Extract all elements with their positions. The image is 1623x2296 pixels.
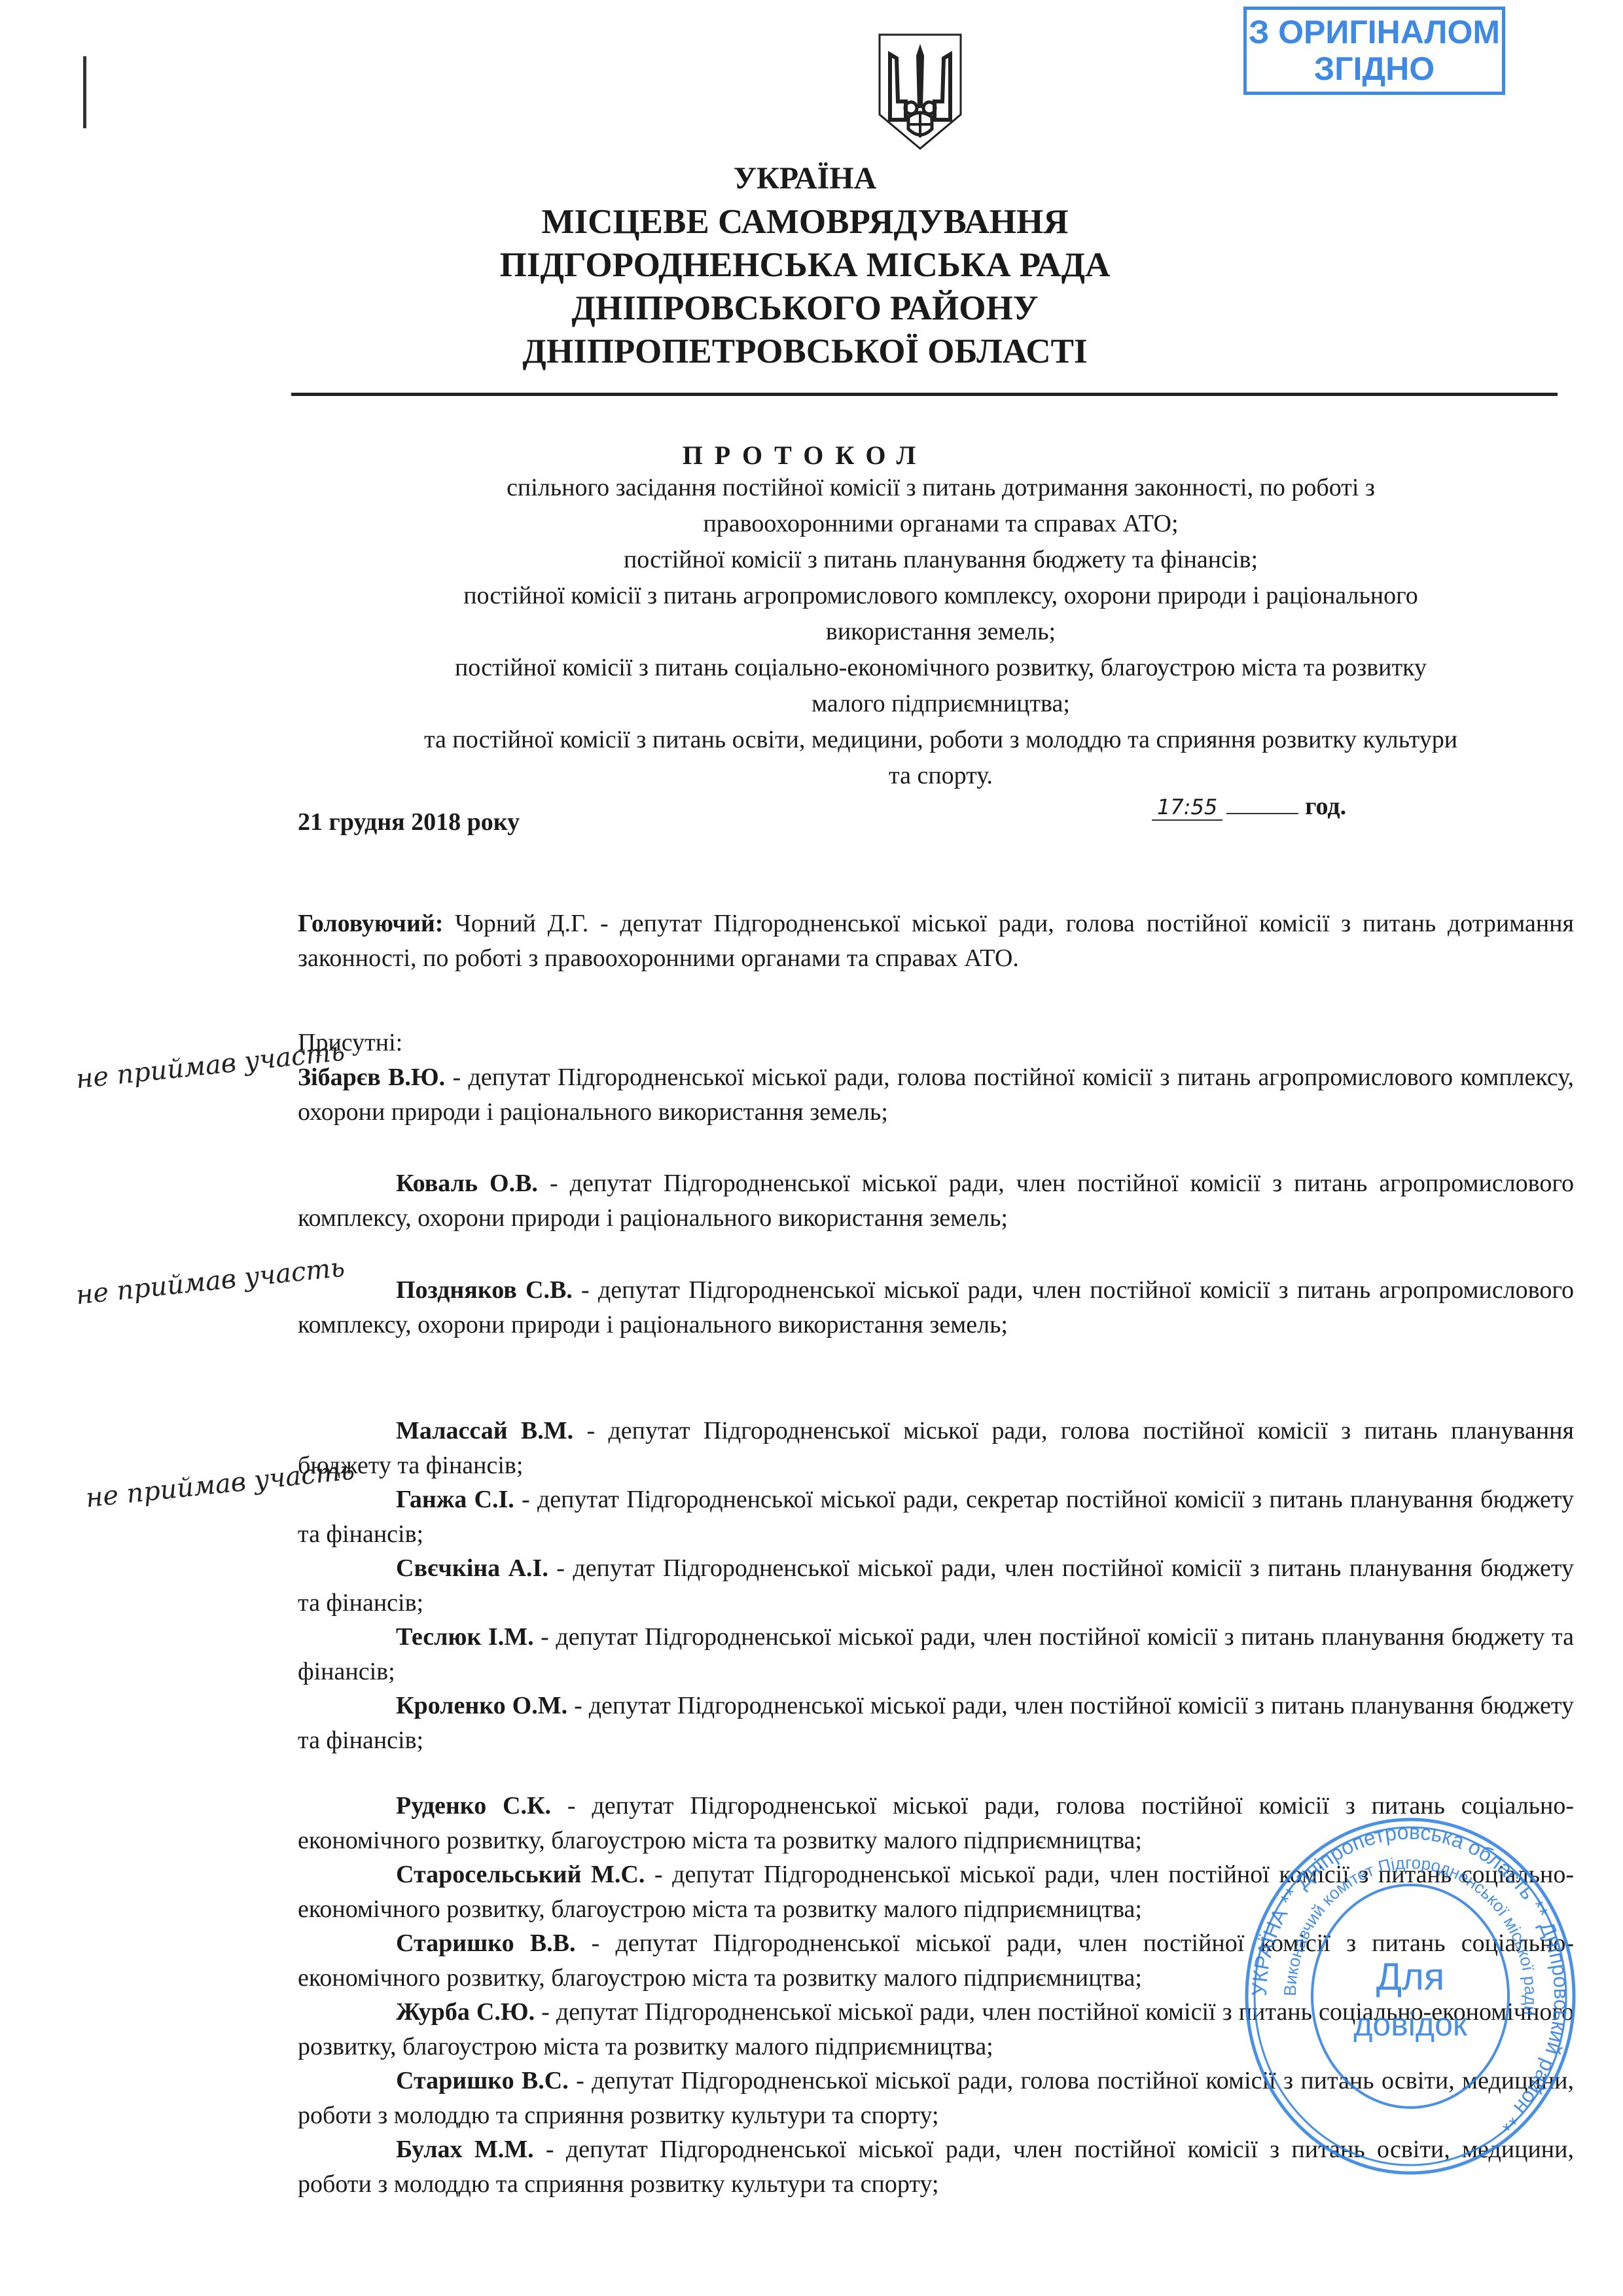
meeting-time: 17:55год. [1152, 792, 1346, 821]
member-name: Коваль О.В. [396, 1170, 538, 1197]
member-entry: Ганжа С.І. - депутат Підгородненської мі… [298, 1482, 1574, 1552]
header-line-4: ДНІПРОВСЬКОГО РАЙОНУ [288, 287, 1322, 330]
chair-text: Чорний Д.Г. - депутат Підгородненської м… [298, 910, 1574, 972]
subtitle-line: правоохоронними органами та справах АТО; [288, 506, 1594, 542]
stamp-line-1: З ОРИГІНАЛОМ [1247, 14, 1502, 50]
subtitle-line: постійної комісії з питань соціально-еко… [288, 650, 1594, 686]
seal-center-line-2: довідок [1353, 2006, 1468, 2043]
member-name: Руденко С.К. [396, 1792, 551, 1820]
member-name: Старосельський М.С. [396, 1861, 645, 1888]
member-name: Журба С.Ю. [396, 1998, 535, 2026]
subtitle-line: використання земель; [288, 614, 1594, 650]
member-name: Булах М.М. [396, 2136, 534, 2163]
time-blank [1226, 813, 1298, 814]
header-divider [291, 393, 1558, 396]
chair-label: Головуючий: [298, 910, 443, 937]
header-country: УКРАЇНА [288, 157, 1322, 200]
seal-center-line-1: Для [1376, 1956, 1445, 1998]
member-name: Старишко В.В. [396, 1929, 575, 1957]
member-name: Поздняков С.В. [396, 1276, 573, 1304]
subtitle-line: малого підприємництва; [288, 686, 1594, 722]
document-header: УКРАЇНА МІСЦЕВЕ САМОВРЯДУВАННЯ ПІДГОРОДН… [288, 157, 1322, 373]
subtitle-line: та спорту. [288, 758, 1594, 794]
present-label: Присутні: [298, 1026, 1574, 1060]
header-line-5: ДНІПРОПЕТРОВСЬКОЇ ОБЛАСТІ [288, 330, 1322, 373]
member-entry: Коваль О.В. - депутат Підгородненської м… [298, 1166, 1574, 1236]
member-name: Теслюк І.М. [396, 1623, 534, 1651]
member-name: Кроленко О.М. [396, 1692, 567, 1719]
protocol-title: ПРОТОКОЛ [288, 440, 1322, 471]
member-name: Свєчкіна А.І. [396, 1554, 548, 1582]
member-name: Малассай В.М. [396, 1417, 573, 1444]
member-entry: Малассай В.М. - депутат Підгородненської… [298, 1414, 1574, 1483]
member-entry: Зібарєв В.Ю. - депутат Підгородненської … [298, 1060, 1574, 1130]
member-role: - депутат Підгородненської міської ради,… [298, 1064, 1574, 1126]
member-entry: Кроленко О.М. - депутат Підгородненської… [298, 1689, 1574, 1758]
meeting-date: 21 грудня 2018 року [298, 808, 520, 836]
member-name: Зібарєв В.Ю. [298, 1064, 445, 1091]
member-entry: Теслюк І.М. - депутат Підгородненської м… [298, 1620, 1574, 1689]
stamp-line-2: ЗГІДНО [1247, 50, 1502, 87]
subtitle-line: спільного засідання постійної комісії з … [288, 470, 1594, 506]
header-line-2: МІСЦЕВЕ САМОВРЯДУВАННЯ [288, 200, 1322, 243]
header-line-3: ПІДГОРОДНЕНСЬКА МІСЬКА РАДА [288, 243, 1322, 287]
chair-paragraph: Головуючий: Чорний Д.Г. - депутат Підгор… [298, 906, 1574, 976]
subtitle-line: та постійної комісії з питань освіти, ме… [288, 722, 1594, 758]
member-entry: Свєчкіна А.І. - депутат Підгородненської… [298, 1551, 1574, 1621]
official-round-seal: УКРАЇНА ** Дніпропетровська область ** Д… [1240, 1813, 1580, 2179]
subtitle-line: постійної комісії з питань агропромислов… [288, 578, 1594, 614]
trident-icon [874, 29, 966, 154]
protocol-subtitle: спільного засідання постійної комісії з … [288, 470, 1594, 794]
margin-pen-mark [83, 56, 86, 128]
member-name: Ганжа С.І. [396, 1486, 514, 1513]
member-name: Старишко В.С. [396, 2067, 569, 2094]
member-entry: Поздняков С.В. - депутат Підгородненсько… [298, 1273, 1574, 1342]
handwritten-time: 17:55 [1152, 795, 1222, 821]
time-suffix: год. [1305, 793, 1346, 820]
certified-copy-stamp: З ОРИГІНАЛОМ ЗГІДНО [1243, 7, 1505, 95]
subtitle-line: постійної комісії з питань планування бю… [288, 542, 1594, 578]
